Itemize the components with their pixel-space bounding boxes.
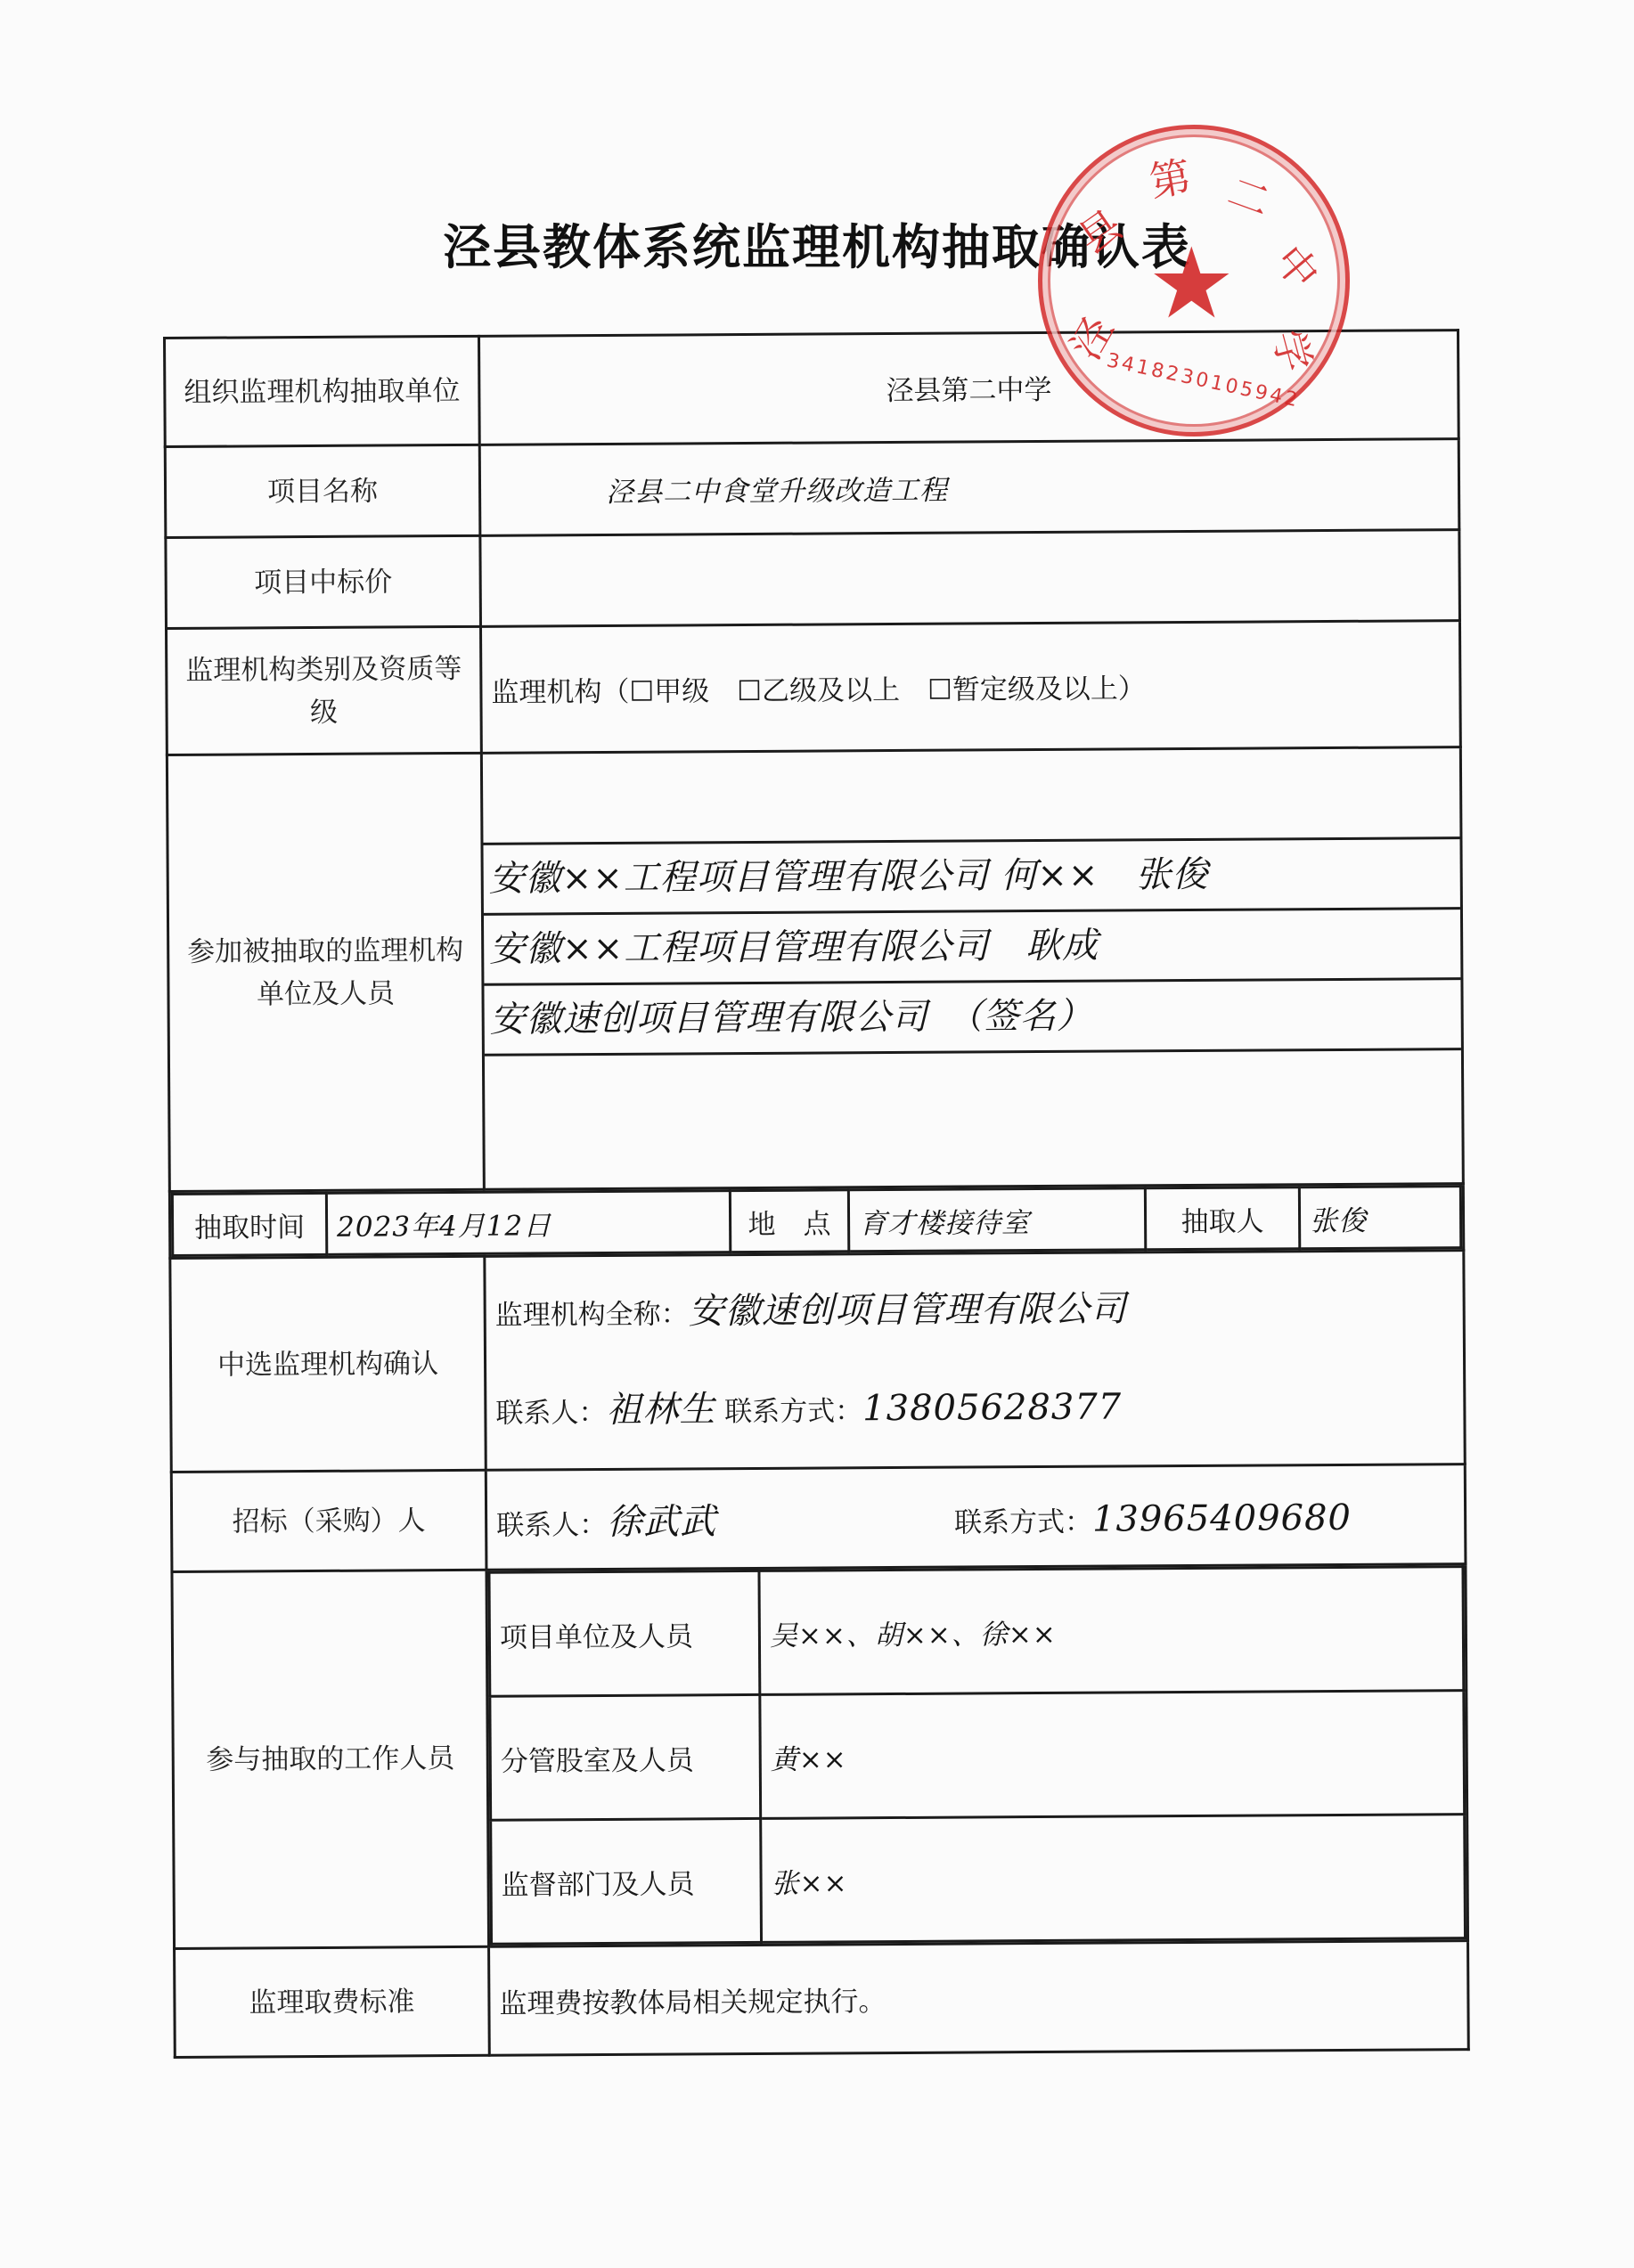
bid-price-value[interactable] <box>480 530 1460 627</box>
participant-line[interactable] <box>485 1050 1462 1154</box>
staff-row-label: 分管股室及人员 <box>490 1694 761 1820</box>
tenderer-label: 招标（采购）人 <box>171 1470 486 1571</box>
drawer-label: 抽取人 <box>1145 1187 1299 1250</box>
staff-row: 项目单位及人员 吴××、胡××、徐×× <box>489 1567 1464 1697</box>
row-category: 监理机构类别及资质等级 监理机构（☐甲级 ☐乙级及以上 ☐暂定级及以上） <box>167 621 1461 755</box>
drawer-value[interactable]: 张俊 <box>1299 1187 1460 1249</box>
row-draw-info: 抽取时间 2023年4月12日 地 点 育才楼接待室 抽取人 张俊 <box>169 1184 1463 1259</box>
participants-label: 参加被抽取的监理机构单位及人员 <box>167 753 484 1191</box>
selected-label: 中选监理机构确认 <box>170 1256 486 1472</box>
project-name-value[interactable]: 泾县二中食堂升级改造工程 <box>479 439 1459 536</box>
place-label: 地 点 <box>730 1190 848 1252</box>
project-name-label: 项目名称 <box>165 445 480 537</box>
row-tenderer: 招标（采购）人 联系人：徐武武 联系方式：13965409680 <box>171 1464 1466 1572</box>
row-project-name: 项目名称 泾县二中食堂升级改造工程 <box>165 439 1459 538</box>
tenderer-details: 联系人：徐武武 联系方式：13965409680 <box>486 1464 1466 1570</box>
place-value[interactable]: 育才楼接待室 <box>848 1188 1145 1252</box>
row-selected: 中选监理机构确认 监理机构全称：安徽速创项目管理有限公司 联系人：祖林生 联系方… <box>170 1251 1465 1473</box>
row-fee: 监理取费标准 监理费按教体局相关规定执行。 <box>175 1941 1469 2058</box>
fee-value: 监理费按教体局相关规定执行。 <box>489 1941 1469 2056</box>
fullname-label: 监理机构全称： <box>495 1298 689 1331</box>
participant-line[interactable]: 安徽××工程项目管理有限公司 何×× 张俊 <box>483 839 1459 916</box>
draw-time-label: 抽取时间 <box>172 1193 326 1255</box>
seal-char: 中 <box>1263 231 1335 300</box>
row-staff: 参与抽取的工作人员 项目单位及人员 吴××、胡××、徐×× 分管股室及人员 黄×… <box>172 1564 1468 1949</box>
org-unit-label: 组织监理机构抽取单位 <box>165 336 480 446</box>
selected-contact-label: 联系人： <box>495 1397 606 1430</box>
seal-char: 县 <box>1065 194 1132 265</box>
staff-row-label: 项目单位及人员 <box>489 1570 760 1696</box>
star-icon: ★ <box>1148 234 1236 332</box>
confirmation-form: 组织监理机构抽取单位 泾县第二中学 项目名称 泾县二中食堂升级改造工程 项目中标… <box>163 329 1470 2059</box>
staff-row-label: 监督部门及人员 <box>491 1818 762 1944</box>
tenderer-contact-label: 联系人： <box>496 1509 607 1542</box>
row-bid-price: 项目中标价 <box>166 530 1460 629</box>
selected-phone-value[interactable]: 13805628377 <box>862 1386 1122 1429</box>
draw-time-value[interactable]: 2023年4月12日 <box>326 1191 730 1255</box>
participant-line[interactable] <box>483 783 1459 845</box>
staff-row-value[interactable]: 黄×× <box>760 1691 1465 1819</box>
official-seal: 泾 县 第 二 中 学 ★ 3418230105942 <box>1038 125 1350 436</box>
fee-label: 监理取费标准 <box>175 1946 490 2057</box>
bid-price-label: 项目中标价 <box>166 535 481 628</box>
selected-phone-label: 联系方式： <box>724 1395 862 1428</box>
seal-char: 第 <box>1145 144 1196 209</box>
selected-details: 监理机构全称：安徽速创项目管理有限公司 联系人：祖林生 联系方式：1380562… <box>485 1251 1465 1471</box>
staff-row-value[interactable]: 张×× <box>761 1815 1466 1943</box>
participant-line[interactable]: 安徽速创项目管理有限公司 （签名） <box>484 980 1460 1056</box>
tenderer-phone-value[interactable]: 13965409680 <box>1092 1497 1352 1540</box>
seal-char: 学 <box>1261 322 1328 378</box>
selected-contact-value[interactable]: 祖林生 <box>606 1389 715 1431</box>
category-value[interactable]: 监理机构（☐甲级 ☐乙级及以上 ☐暂定级及以上） <box>480 621 1460 754</box>
staff-row-value[interactable]: 吴××、胡××、徐×× <box>759 1567 1464 1695</box>
staff-label: 参与抽取的工作人员 <box>172 1570 489 1948</box>
participants-list: 安徽××工程项目管理有限公司 何×× 张俊 安徽××工程项目管理有限公司 耿成 … <box>481 747 1463 1190</box>
staff-row: 监督部门及人员 张×× <box>491 1815 1466 1945</box>
row-participants: 参加被抽取的监理机构单位及人员 安徽××工程项目管理有限公司 何×× 张俊 安徽… <box>167 747 1463 1192</box>
participant-line[interactable]: 安徽××工程项目管理有限公司 耿成 <box>484 910 1460 986</box>
document-title: 泾县教体系统监理机构抽取确认表 <box>0 209 1634 278</box>
tenderer-phone-label: 联系方式： <box>954 1506 1092 1539</box>
fullname-value[interactable]: 安徽速创项目管理有限公司 <box>689 1288 1127 1332</box>
tenderer-contact-value[interactable]: 徐武武 <box>607 1492 945 1545</box>
category-label: 监理机构类别及资质等级 <box>167 626 482 755</box>
seal-char: 二 <box>1221 159 1279 229</box>
staff-row: 分管股室及人员 黄×× <box>490 1691 1465 1821</box>
